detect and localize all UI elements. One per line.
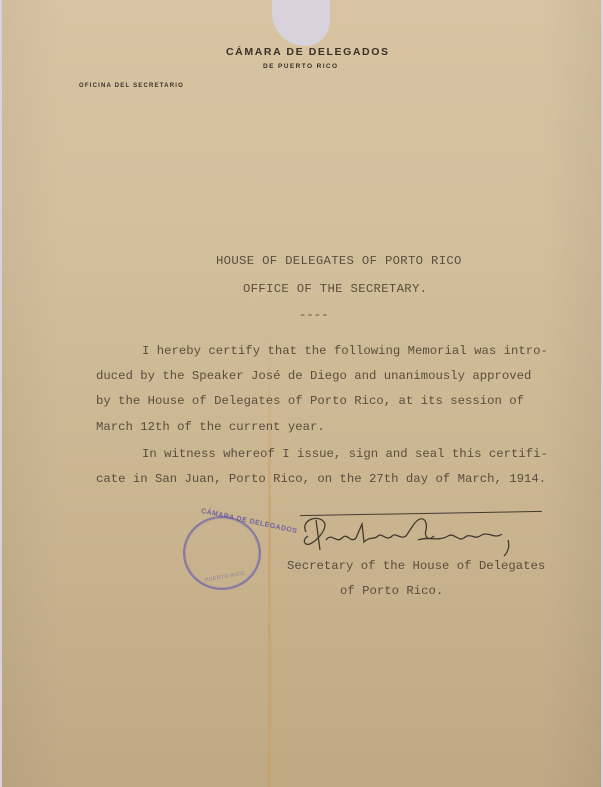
body-line: March 12th of the current year. [96, 420, 325, 434]
signer-title-line-1: Secretary of the House of Delegates [287, 559, 545, 573]
body-line: duced by the Speaker José de Diego and u… [96, 369, 531, 383]
heading-line-1: HOUSE OF DELEGATES OF PORTO RICO [216, 254, 462, 268]
heading-separator: ---- [299, 308, 329, 322]
body-line: I hereby certify that the following Memo… [142, 344, 548, 358]
letterhead-subtitle: DE PUERTO RICO [263, 63, 338, 70]
body-line: by the House of Delegates of Porto Rico,… [96, 394, 524, 408]
letterhead-office: OFICINA DEL SECRETARIO [79, 83, 184, 89]
letterhead-title: CÁMARA DE DELEGADOS [226, 46, 390, 58]
handwritten-signature-icon [298, 510, 548, 560]
body-line: cate in San Juan, Porto Rico, on the 27t… [96, 472, 546, 486]
heading-line-2: OFFICE OF THE SECRETARY. [243, 282, 427, 296]
signer-title-line-2: of Porto Rico. [340, 584, 443, 598]
body-line: In witness whereof I issue, sign and sea… [142, 447, 548, 461]
